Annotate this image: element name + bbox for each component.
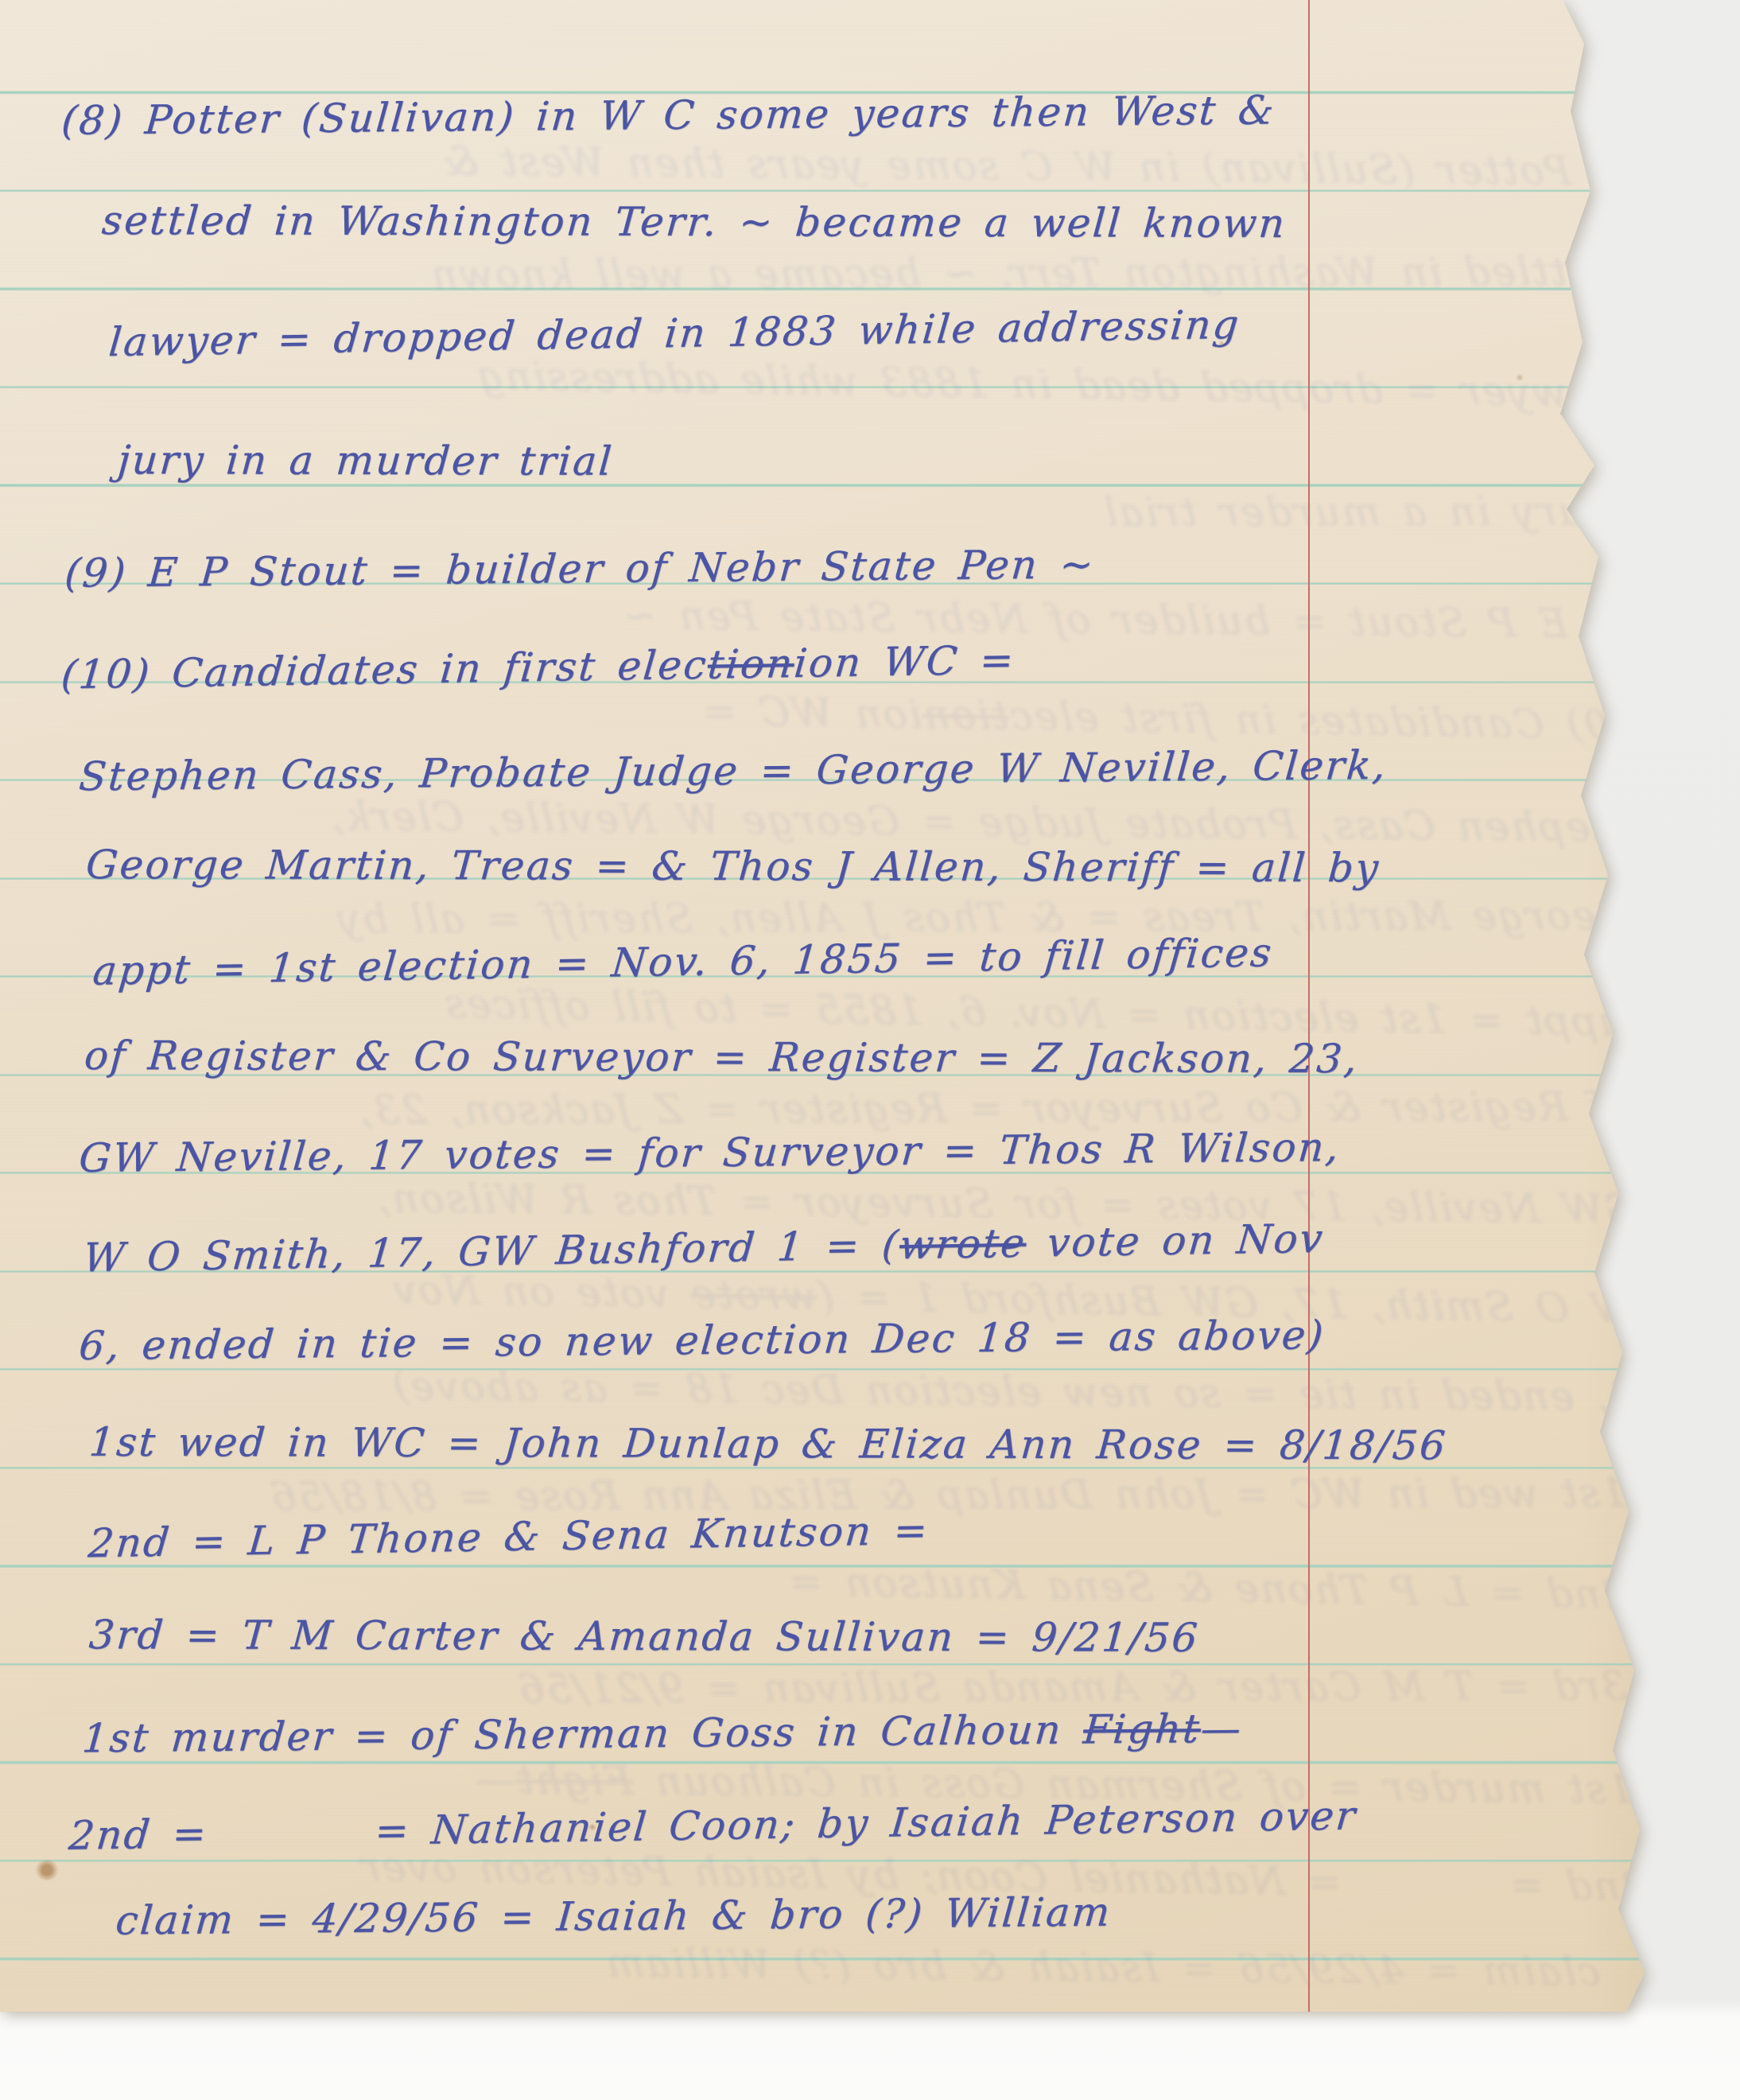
scanner-background: { "document": { "kind": "Handwritten not… (0, 0, 1740, 2100)
handwritten-line: 1st murder = of Sherman Goss in Calhoun … (80, 1707, 1244, 1761)
handwritten-line: 3rd = T M Carter & Amanda Sullivan = 9/2… (87, 1613, 1201, 1660)
handwritten-line: 2nd = = Nathaniel Coon; by Isaiah Peters… (67, 1794, 1358, 1857)
scanned-page: (8) Potter (Sullivan) in W C some years … (0, 0, 1740, 2100)
handwritten-line: of Register & Co Surveyor = Register = Z… (83, 1034, 1360, 1081)
handwritten-line: (10) Candidates in first electionion WC … (60, 639, 1017, 698)
handwritten-line: Stephen Cass, Probate Judge = George W N… (77, 744, 1389, 799)
handwritten-line: 1st wed in WC = John Dunlap & Eliza Ann … (87, 1421, 1448, 1468)
handwritten-line: GW Neville, 17 votes = for Surveyor = Th… (77, 1126, 1342, 1180)
handwritten-line: settled in Washington Terr. ~ became a w… (100, 199, 1288, 246)
handwritten-line: W O Smith, 17, GW Bushford 1 = (wrote vo… (81, 1217, 1326, 1280)
handwritten-line: (8) Potter (Sullivan) in W C some years … (60, 88, 1277, 142)
handwritten-line: claim = 4/29/56 = Isaiah & bro (?) Willi… (114, 1891, 1113, 1943)
handwritten-line: appt = 1st election = Nov. 6, 1855 = to … (91, 931, 1275, 993)
notebook-paper: (8) Potter (Sullivan) in W C some years … (0, 0, 1740, 2012)
handwriting-layer: (8) Potter (Sullivan) in W C some years … (0, 0, 1740, 2012)
handwritten-line: 2nd = L P Thone & Sena Knutson = (87, 1509, 931, 1566)
handwritten-line: 6, ended in tie = so new election Dec 18… (77, 1313, 1326, 1368)
handwritten-line: (9) E P Stout = builder of Nebr State Pe… (63, 542, 1097, 595)
handwritten-line: George Martin, Treas = & Thos J Allen, S… (84, 843, 1381, 890)
handwritten-line: lawyer = dropped dead in 1883 while addr… (107, 303, 1241, 364)
handwritten-line: jury in a murder trial (116, 438, 615, 484)
